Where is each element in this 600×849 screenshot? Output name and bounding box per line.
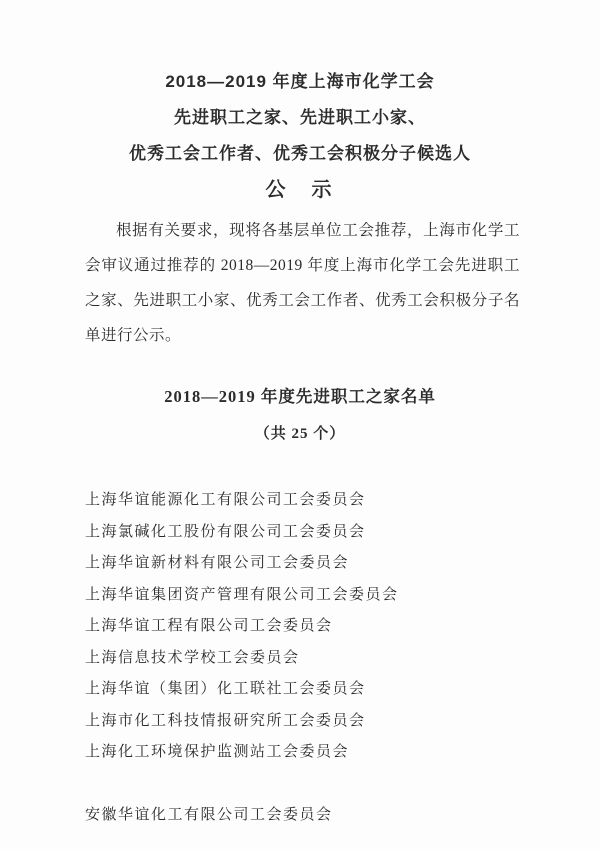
document-title-lines: 2018—2019 年度上海市化学工会先进职工之家、先进职工小家、优秀工会工作者… xyxy=(0,64,600,172)
list-item: 安徽华谊化工有限公司工会委员会 xyxy=(85,800,600,832)
intro-paragraph: 根据有关要求，现将各基层单位工会推荐，上海市化学工会审议通过推荐的 2018—2… xyxy=(85,213,520,353)
union-list-shanghai: 上海华谊能源化工有限公司工会委员会上海氯碱化工股份有限公司工会委员会上海华谊新材… xyxy=(85,485,600,769)
union-list-anhui: 安徽华谊化工有限公司工会委员会 xyxy=(85,800,600,832)
document-title-line: 优秀工会工作者、优秀工会积极分子候选人 xyxy=(0,136,600,172)
list-item: 上海氯碱化工股份有限公司工会委员会 xyxy=(85,517,600,549)
section-count-note: （共 25 个） xyxy=(0,423,600,445)
list-item: 上海信息技术学校工会委员会 xyxy=(85,643,600,675)
announcement-heading: 公 示 xyxy=(0,172,600,208)
list-item: 上海华谊集团资产管理有限公司工会委员会 xyxy=(85,580,600,612)
list-item: 上海华谊工程有限公司工会委员会 xyxy=(85,611,600,643)
document-title-line: 2018—2019 年度上海市化学工会 xyxy=(0,64,600,100)
section-title: 2018—2019 年度先进职工之家名单 xyxy=(0,386,600,408)
list-item: 上海化工环境保护监测站工会委员会 xyxy=(85,737,600,769)
list-item: 上海市化工科技情报研究所工会委员会 xyxy=(85,706,600,738)
list-item: 上海华谊（集团）化工联社工会委员会 xyxy=(85,674,600,706)
document-page: 2018—2019 年度上海市化学工会先进职工之家、先进职工小家、优秀工会工作者… xyxy=(0,0,600,849)
document-title: 2018—2019 年度上海市化学工会先进职工之家、先进职工小家、优秀工会工作者… xyxy=(0,0,600,208)
document-title-line: 先进职工之家、先进职工小家、 xyxy=(0,100,600,136)
list-item: 上海华谊新材料有限公司工会委员会 xyxy=(85,548,600,580)
list-item: 上海华谊能源化工有限公司工会委员会 xyxy=(85,485,600,517)
